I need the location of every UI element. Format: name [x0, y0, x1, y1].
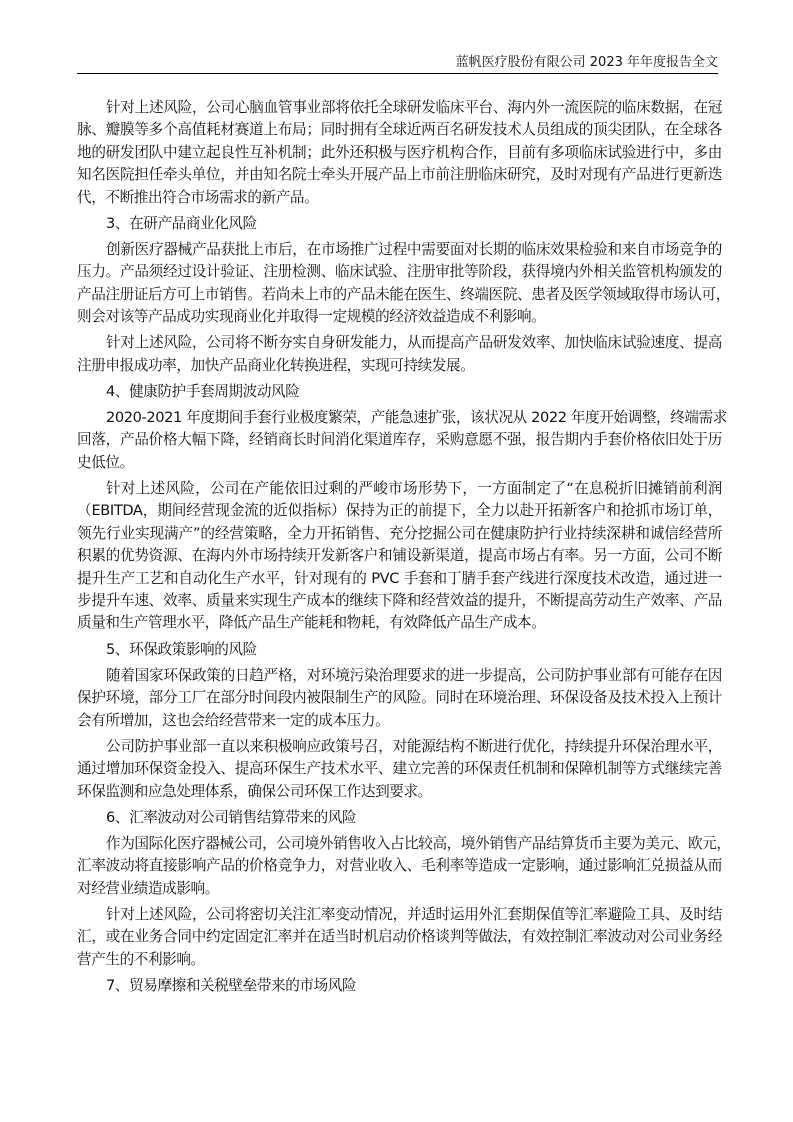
paragraph: 针对上述风险，公司将密切关注汇率变动情况，并适时运用外汇套期保值等汇率避险工具、… — [77, 904, 722, 971]
text-line: 针对上述风险，公司将密切关注汇率变动情况，并适时运用外汇套期保值等汇率避险工具、… — [77, 904, 722, 926]
paragraph: 针对上述风险，公司心脑血管事业部将依托全球研发临床平台、海内外一流医院的临床数据… — [77, 97, 722, 209]
page-header: 蓝帆医疗股份有限公司 2023 年年度报告全文 — [77, 54, 718, 74]
text-line: 会有所增加，这也会给经营带来一定的成本压力。 — [77, 710, 722, 732]
text-line: 对经营业绩造成影响。 — [77, 878, 722, 900]
text-line: 领先行业实现满产”的经营策略，全力开拓销售、充分挖掘公司在健康防护行业持续深耕和… — [77, 523, 722, 545]
text-line: 汇率波动将直接影响产品的价格竞争力，对营业收入、毛利率等造成一定影响，通过影响汇… — [77, 855, 722, 877]
text-line: （EBITDA，期间经营现金流的近似指标）保持为正的前提下，全力以赴开拓新客户和… — [77, 500, 722, 522]
text-line: 环保监测和应急处理体系，确保公司环保工作达到要求。 — [77, 781, 722, 803]
heading-text: 4、健康防护手套周期波动风险 — [77, 381, 722, 403]
paragraph: 针对上述风险，公司将不断夯实自身研发能力，从而提高产品研发效率、加快临床试验速度… — [77, 332, 722, 377]
text-line: 注册申报成功率，加快产品商业化转换进程，实现可持续发展。 — [77, 355, 722, 377]
paragraph: 公司防护事业部一直以来积极响应政策号召，对能源结构不断进行优化，持续提升环保治理… — [77, 736, 722, 803]
text-line: 针对上述风险，公司将不断夯实自身研发能力，从而提高产品研发效率、加快临床试验速度… — [77, 332, 722, 354]
section-heading: 3、在研产品商业化风险 — [77, 213, 722, 235]
text-line: 通过增加环保资金投入、提高环保生产技术水平、建立完善的环保责任机制和保障机制等方… — [77, 758, 722, 780]
text-line: 汇，或在业务合同中约定固定汇率并在适当时机启动价格谈判等做法，有效控制汇率波动对… — [77, 926, 722, 948]
text-line: 压力。产品须经过设计验证、注册检测、临床试验、注册审批等阶段，获得境内外相关监管… — [77, 261, 722, 283]
paragraph: 随着国家环保政策的日趋严格，对环境污染治理要求的进一步提高，公司防护事业部有可能… — [77, 665, 722, 732]
heading-text: 5、环保政策影响的风险 — [77, 639, 722, 661]
heading-text: 3、在研产品商业化风险 — [77, 213, 722, 235]
text-line: 针对上述风险，公司心脑血管事业部将依托全球研发临床平台、海内外一流医院的临床数据… — [77, 97, 722, 119]
text-line: 提升生产工艺和自动化生产水平，针对现有的 PVC 手套和丁腈手套产线进行深度技术… — [77, 568, 722, 590]
text-line: 针对上述风险，公司在产能依旧过剩的严峻市场形势下，一方面制定了“在息税折旧摊销前… — [77, 478, 722, 500]
heading-text: 6、汇率波动对公司销售结算带来的风险 — [77, 807, 722, 829]
text-line: 产品注册证后方可上市销售。若尚未上市的产品未能在医生、终端医院、患者及医学领域取… — [77, 284, 722, 306]
paragraph: 针对上述风险，公司在产能依旧过剩的严峻市场形势下，一方面制定了“在息税折旧摊销前… — [77, 478, 722, 635]
paragraph: 2020-2021 年度期间手套行业极度繁荣，产能急速扩张，该状况从 2022 … — [77, 407, 722, 474]
text-line: 回落，产品价格大幅下降，经销商长时间消化渠道库存，采购意愿不强，报告期内手套价格… — [77, 429, 722, 451]
heading-text: 7、贸易摩擦和关税壁垒带来的市场风险 — [77, 975, 722, 997]
text-line: 地的研发团队中建立起良性互补机制；此外还积极与医疗机构合作，目前有多项临床试验进… — [77, 142, 722, 164]
document-body: 针对上述风险，公司心脑血管事业部将依托全球研发临床平台、海内外一流医院的临床数据… — [77, 97, 722, 1001]
section-heading: 4、健康防护手套周期波动风险 — [77, 381, 722, 403]
text-line: 步提升车速、效率、质量来实现生产成本的继续下降和经营效益的提升，不断提高劳动生产… — [77, 590, 722, 612]
report-title: 蓝帆医疗股份有限公司 2023 年年度报告全文 — [456, 55, 718, 70]
text-line: 积累的优势资源、在海内外市场持续开发新客户和铺设新渠道，提高市场占有率。另一方面… — [77, 545, 722, 567]
text-line: 史低位。 — [77, 452, 722, 474]
paragraph: 作为国际化医疗器械公司，公司境外销售收入占比较高，境外销售产品结算货币主要为美元… — [77, 833, 722, 900]
text-line: 则会对该等产品成功实现商业化并取得一定规模的经济效益造成不利影响。 — [77, 306, 722, 328]
text-line: 作为国际化医疗器械公司，公司境外销售收入占比较高，境外销售产品结算货币主要为美元… — [77, 833, 722, 855]
text-line: 脉、瓣膜等多个高值耗材赛道上布局；同时拥有全球近两百名研发技术人员组成的顶尖团队… — [77, 119, 722, 141]
text-line: 代，不断推出符合市场需求的新产品。 — [77, 187, 722, 209]
text-line: 公司防护事业部一直以来积极响应政策号召，对能源结构不断进行优化，持续提升环保治理… — [77, 736, 722, 758]
text-line: 2020-2021 年度期间手套行业极度繁荣，产能急速扩张，该状况从 2022 … — [77, 407, 722, 429]
text-line: 知名医院担任牵头单位，并由知名院士牵头开展产品上市前注册临床研究，及时对现有产品… — [77, 164, 722, 186]
text-line: 质量和生产管理水平，降低产品生产能耗和物耗，有效降低产品生产成本。 — [77, 612, 722, 634]
section-heading: 6、汇率波动对公司销售结算带来的风险 — [77, 807, 722, 829]
text-line: 随着国家环保政策的日趋严格，对环境污染治理要求的进一步提高，公司防护事业部有可能… — [77, 665, 722, 687]
text-line: 创新医疗器械产品获批上市后，在市场推广过程中需要面对长期的临床效果检验和来自市场… — [77, 239, 722, 261]
section-heading: 5、环保政策影响的风险 — [77, 639, 722, 661]
paragraph: 创新医疗器械产品获批上市后，在市场推广过程中需要面对长期的临床效果检验和来自市场… — [77, 239, 722, 329]
text-line: 保护环境，部分工厂在部分时间段内被限制生产的风险。同时在环境治理、环保设备及技术… — [77, 687, 722, 709]
text-line: 营产生的不利影响。 — [77, 949, 722, 971]
section-heading: 7、贸易摩擦和关税壁垒带来的市场风险 — [77, 975, 722, 997]
